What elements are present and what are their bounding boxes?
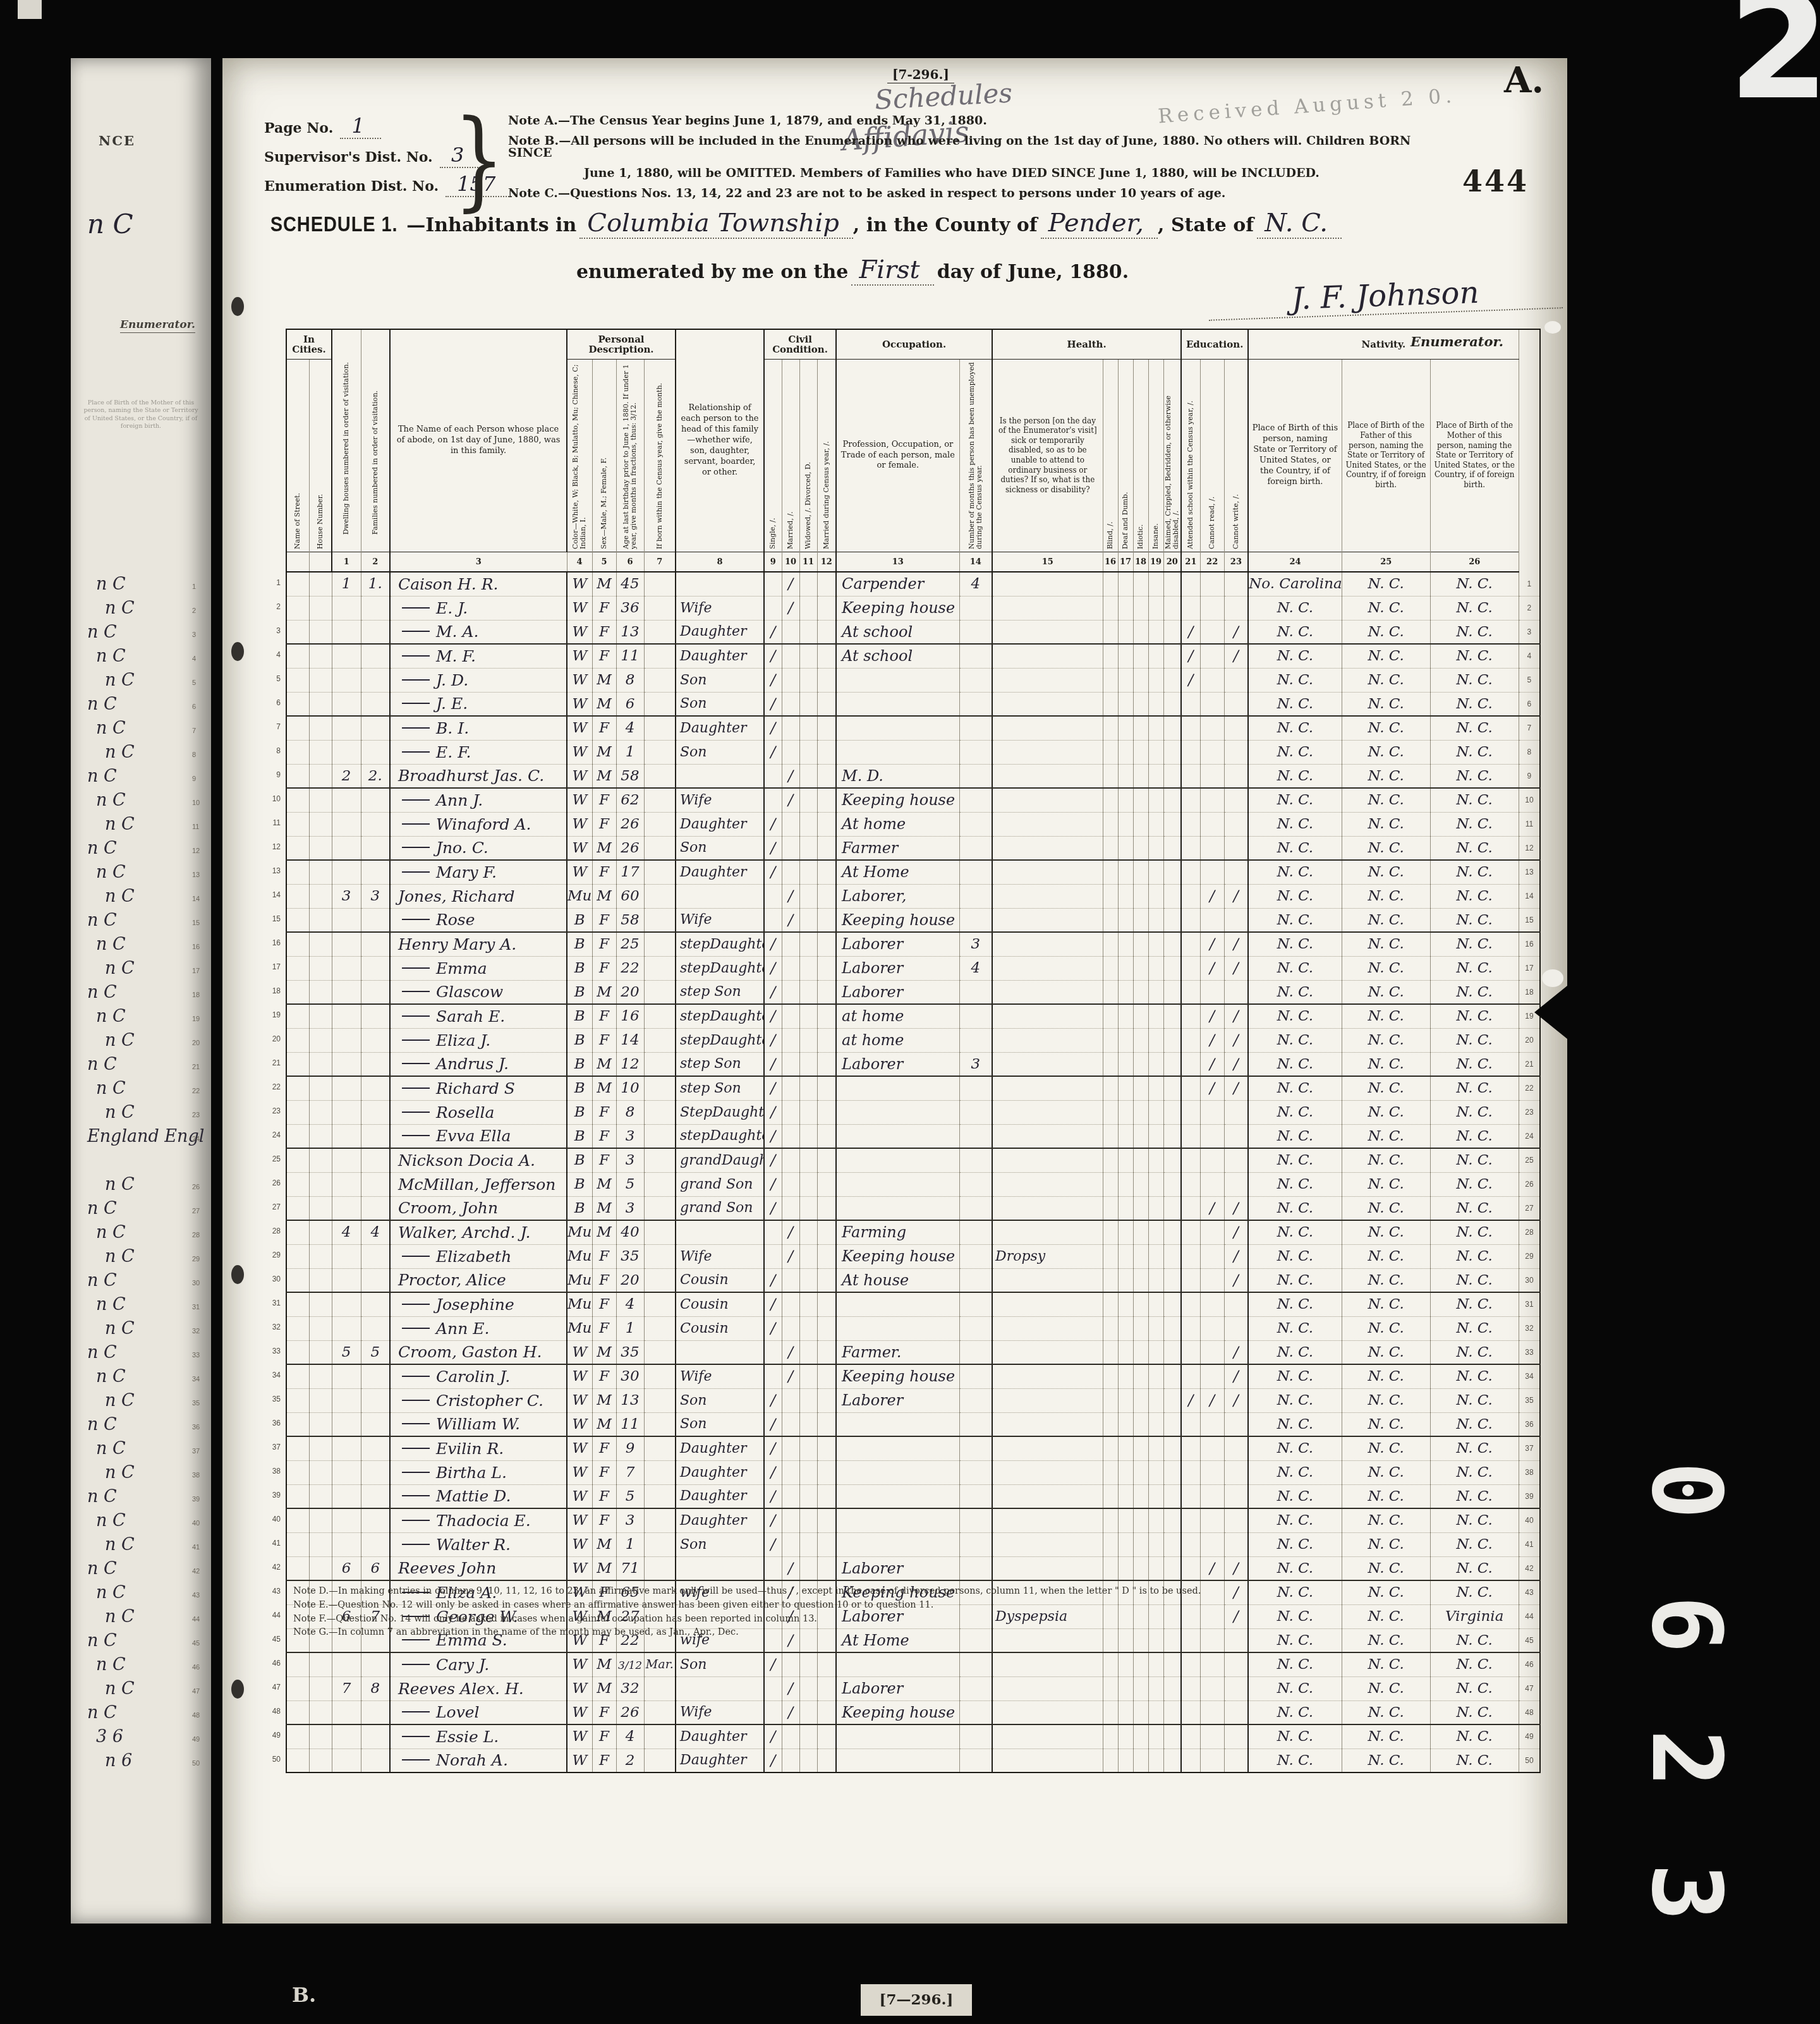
- cell-sickness: [992, 1676, 1103, 1700]
- cell-deaf: [1118, 668, 1133, 692]
- left-row-number: 35: [264, 1395, 281, 1403]
- cell-dwelling: [332, 1172, 361, 1196]
- cell-family: [361, 1124, 390, 1148]
- cell-married-in-year: [817, 1124, 836, 1148]
- cell-idiotic: [1133, 1460, 1148, 1484]
- cell-deaf: [1118, 1460, 1133, 1484]
- cell-birthplace: N. C.: [1248, 1412, 1342, 1436]
- cell-married-in-year: [817, 1388, 836, 1412]
- column-number: [286, 552, 309, 573]
- cell-married: [782, 1124, 799, 1148]
- cell-age: 12: [616, 1052, 644, 1076]
- cell-maimed: [1163, 1292, 1181, 1316]
- cell-birthplace: N. C.: [1248, 788, 1342, 812]
- cell-cannot-write: [1224, 836, 1248, 860]
- cell-cannot-write: ∕: [1224, 1364, 1248, 1388]
- prev-page-row-number: 36: [192, 1424, 200, 1431]
- cell-name: Rosella: [390, 1100, 567, 1124]
- cell-maimed: [1163, 740, 1181, 764]
- prev-page-entry: n C: [105, 1319, 135, 1338]
- cell-married: [782, 1412, 799, 1436]
- cell-occupation: Laborer: [836, 956, 959, 980]
- cell-cannot-read: [1200, 692, 1224, 716]
- cell-cannot-write: [1224, 860, 1248, 884]
- cell-widowed: [799, 1388, 817, 1412]
- cell-age: 9: [616, 1436, 644, 1460]
- cell-dwelling: [332, 1652, 361, 1676]
- table-row: Nickson Docia A.BF3grandDaughter∕N. C.N.…: [286, 1148, 1540, 1172]
- prev-page-entry: n C: [96, 718, 126, 738]
- cell-single: [764, 1220, 782, 1244]
- table-row: 33Jones, RichardMuM60∕Laborer,∕∕N. C.N. …: [286, 884, 1540, 908]
- cell-birth-month: Mar.: [644, 1652, 676, 1676]
- cell-cannot-write: [1224, 1100, 1248, 1124]
- cell-insane: [1148, 908, 1163, 932]
- cell-color: Mu: [567, 1244, 592, 1268]
- cell-blind: [1103, 860, 1118, 884]
- cell-maimed: [1163, 1268, 1181, 1292]
- cell-color: W: [567, 812, 592, 836]
- cell-months-unemployed: [959, 1556, 992, 1580]
- fastener-mark: [231, 642, 244, 661]
- cell-widowed: [799, 716, 817, 740]
- cell-married-in-year: [817, 1244, 836, 1268]
- cell-color: W: [567, 1700, 592, 1724]
- cell-blind: [1103, 1148, 1118, 1172]
- cell-occupation: Keeping house: [836, 596, 959, 620]
- cell-months-unemployed: [959, 1364, 992, 1388]
- cell-cannot-write: [1224, 572, 1248, 596]
- cell-married-in-year: [817, 1460, 836, 1484]
- cell-married-in-year: [817, 1316, 836, 1340]
- cell-name: Cary J.: [390, 1652, 567, 1676]
- cell-dwelling: [332, 932, 361, 956]
- cell-mother-birthplace: N. C.: [1430, 1556, 1519, 1580]
- footer-note: Note E.—Question No. 12 will only be ask…: [293, 1599, 1494, 1613]
- cell-deaf: [1118, 860, 1133, 884]
- column-number: [309, 552, 332, 573]
- cell-maimed: [1163, 1460, 1181, 1484]
- cell-cannot-read: ∕: [1200, 1076, 1224, 1100]
- title-prefix: —Inhabitants in: [406, 214, 576, 236]
- cell-months-unemployed: [959, 1388, 992, 1412]
- cell-row-number: 24: [1519, 1124, 1540, 1148]
- left-row-number: 44: [264, 1611, 281, 1620]
- cell-age: 60: [616, 884, 644, 908]
- cell-insane: [1148, 1292, 1163, 1316]
- cell-dwelling: 2: [332, 764, 361, 788]
- notes-block: Note A.—The Census Year begins June 1, 1…: [508, 115, 1456, 208]
- table-row: 44Walker, Archd. J.MuM40∕Farming∕N. C.N.…: [286, 1220, 1540, 1244]
- cell-maimed: [1163, 1748, 1181, 1773]
- cell-blind: [1103, 572, 1118, 596]
- cell-dwelling: [332, 1052, 361, 1076]
- prev-page-entry: n C: [96, 935, 126, 954]
- cell-occupation: [836, 1460, 959, 1484]
- cell-birthplace: N. C.: [1248, 1076, 1342, 1100]
- cell-cannot-write: [1224, 764, 1248, 788]
- cell-dwelling: [332, 860, 361, 884]
- cell-age: 22: [616, 956, 644, 980]
- cell-months-unemployed: [959, 1460, 992, 1484]
- cell-maimed: [1163, 1004, 1181, 1028]
- prev-page-row-number: 3: [192, 631, 196, 639]
- cell-family: [361, 1700, 390, 1724]
- prev-page-row-number: 45: [192, 1640, 200, 1647]
- cell-name: Nickson Docia A.: [390, 1148, 567, 1172]
- cell-idiotic: [1133, 764, 1148, 788]
- column-number: 22: [1200, 552, 1224, 573]
- cell-age: 5: [616, 1484, 644, 1508]
- cell-sickness: [992, 1124, 1103, 1148]
- cell-occupation: At school: [836, 644, 959, 668]
- column-number: 1: [332, 552, 361, 573]
- cell-dwelling: [332, 692, 361, 716]
- cell-birth-month: [644, 764, 676, 788]
- cell-birthplace: N. C.: [1248, 1652, 1342, 1676]
- cell-attended-school: [1181, 1172, 1200, 1196]
- group-in-cities: In Cities.: [286, 329, 332, 360]
- cell-row-number: 16: [1519, 932, 1540, 956]
- cell-birth-month: [644, 836, 676, 860]
- cell-row-number: 5: [1519, 668, 1540, 692]
- prev-page-entry: n C: [105, 1103, 135, 1122]
- cell-idiotic: [1133, 1052, 1148, 1076]
- cell-insane: [1148, 1196, 1163, 1220]
- cell-relationship: Daughter: [676, 1748, 764, 1773]
- footer-notes: Note D.—In making entries in columns 9, …: [293, 1585, 1494, 1640]
- cell-mother-birthplace: N. C.: [1430, 1460, 1519, 1484]
- cell-sickness: [992, 884, 1103, 908]
- film-side-code-digit: 0: [1630, 1427, 1742, 1554]
- cell-birthplace: N. C.: [1248, 1028, 1342, 1052]
- cell-cannot-read: [1200, 1676, 1224, 1700]
- cell-sickness: [992, 1148, 1103, 1172]
- cell-sex: F: [592, 1100, 616, 1124]
- column-header: Number of months this person has been un…: [959, 360, 992, 552]
- cell-age: 1: [616, 1316, 644, 1340]
- cell-married: [782, 1292, 799, 1316]
- cell-widowed: [799, 740, 817, 764]
- corner-letter: A.: [1504, 59, 1544, 101]
- cell-family: [361, 836, 390, 860]
- cell-age: 40: [616, 1220, 644, 1244]
- cell-blind: [1103, 1388, 1118, 1412]
- cell-months-unemployed: [959, 1724, 992, 1748]
- cell-maimed: [1163, 1724, 1181, 1748]
- cell-sickness: [992, 1004, 1103, 1028]
- left-row-number: 32: [264, 1323, 281, 1331]
- cell-widowed: [799, 1268, 817, 1292]
- group-occupation: Occupation.: [836, 329, 992, 360]
- cell-cannot-read: [1200, 1460, 1224, 1484]
- cell-married: ∕: [782, 596, 799, 620]
- cell-sex: M: [592, 1220, 616, 1244]
- column-number: 25: [1342, 552, 1430, 573]
- prev-page-entry: n C: [96, 1655, 126, 1675]
- left-row-number: 8: [264, 746, 281, 755]
- cell-name: McMillan, Jefferson: [390, 1172, 567, 1196]
- cell-cannot-read: [1200, 836, 1224, 860]
- cell-cannot-write: ∕: [1224, 644, 1248, 668]
- cell-deaf: [1118, 620, 1133, 644]
- cell-dwelling: [332, 596, 361, 620]
- cell-color: W: [567, 1436, 592, 1460]
- cell-family: [361, 1100, 390, 1124]
- cell-maimed: [1163, 668, 1181, 692]
- cell-family: [361, 860, 390, 884]
- cell-age: 3: [616, 1148, 644, 1172]
- cell-sickness: [992, 836, 1103, 860]
- cell-cannot-write: [1224, 1700, 1248, 1724]
- cell-insane: [1148, 740, 1163, 764]
- cell-row-number: 4: [1519, 644, 1540, 668]
- cell-mother-birthplace: N. C.: [1430, 1724, 1519, 1748]
- cell-insane: [1148, 1124, 1163, 1148]
- table-row: 22.Broadhurst Jas. C.WM58∕M. D.N. C.N. C…: [286, 764, 1540, 788]
- cell-married: [782, 1196, 799, 1220]
- cell-married: [782, 692, 799, 716]
- cell-birthplace: N. C.: [1248, 1676, 1342, 1700]
- prev-page-text-fragment: NCE: [99, 133, 135, 148]
- cell-birth-month: [644, 1004, 676, 1028]
- cell-attended-school: [1181, 596, 1200, 620]
- cell-months-unemployed: [959, 1268, 992, 1292]
- cell-birthplace: N. C.: [1248, 1556, 1342, 1580]
- cell-relationship: Daughter: [676, 1508, 764, 1532]
- cell-single: ∕: [764, 1748, 782, 1773]
- cell-attended-school: [1181, 1724, 1200, 1748]
- prev-page-entry: n C: [105, 1607, 135, 1627]
- cell-father-birthplace: N. C.: [1342, 1220, 1430, 1244]
- film-edge-sliver: [18, 0, 42, 19]
- cell-occupation: Keeping house: [836, 1244, 959, 1268]
- cell-idiotic: [1133, 836, 1148, 860]
- prev-page-handwriting: n C: [87, 209, 133, 239]
- prev-page-entry: n C: [105, 1031, 135, 1050]
- cell-widowed: [799, 764, 817, 788]
- cell-relationship: Son: [676, 836, 764, 860]
- prev-page-entry: n 6: [105, 1751, 132, 1771]
- cell-blind: [1103, 1460, 1118, 1484]
- cell-mother-birthplace: N. C.: [1430, 1676, 1519, 1700]
- table-row: Eliza J.BF14stepDaughter∕at home∕∕N. C.N…: [286, 1028, 1540, 1052]
- cell-sickness: [992, 1652, 1103, 1676]
- cell-dwelling: [332, 1508, 361, 1532]
- left-row-number: 5: [264, 674, 281, 683]
- prev-page-row-number: 8: [192, 751, 196, 759]
- cell-married-in-year: [817, 1148, 836, 1172]
- prev-page-row-number: 16: [192, 943, 200, 951]
- cell-insane: [1148, 1100, 1163, 1124]
- cell-family: 5: [361, 1340, 390, 1364]
- cell-sickness: [992, 1748, 1103, 1773]
- column-number: 10: [782, 552, 799, 573]
- table-row: Sarah E.BF16stepDaughter∕at home∕∕N. C.N…: [286, 1004, 1540, 1028]
- fastener-mark: [231, 1265, 244, 1284]
- cell-married-in-year: [817, 1532, 836, 1556]
- cell-insane: [1148, 1724, 1163, 1748]
- cell-sex: F: [592, 620, 616, 644]
- prev-page-row-number: 31: [192, 1304, 200, 1311]
- cell-months-unemployed: [959, 884, 992, 908]
- cell-maimed: [1163, 1556, 1181, 1580]
- cell-married: ∕: [782, 884, 799, 908]
- column-number: 6: [616, 552, 644, 573]
- cell-insane: [1148, 1508, 1163, 1532]
- group-personal: Personal Description.: [567, 329, 676, 360]
- cell-dwelling: [332, 1412, 361, 1436]
- prev-page-entry: n C: [87, 767, 117, 786]
- cell-name: Elizabeth: [390, 1244, 567, 1268]
- cell-attended-school: [1181, 956, 1200, 980]
- cell-widowed: [799, 1052, 817, 1076]
- cell-name: Rose: [390, 908, 567, 932]
- cell-family: [361, 1724, 390, 1748]
- cell-single: ∕: [764, 836, 782, 860]
- cell-blind: [1103, 668, 1118, 692]
- cell-months-unemployed: [959, 764, 992, 788]
- cell-cannot-read: [1200, 980, 1224, 1004]
- cell-sex: F: [592, 716, 616, 740]
- cell-name: Mary F.: [390, 860, 567, 884]
- cell-cannot-write: [1224, 1484, 1248, 1508]
- cell-birthplace: N. C.: [1248, 644, 1342, 668]
- cell-row-number: 34: [1519, 1364, 1540, 1388]
- cell-maimed: [1163, 1652, 1181, 1676]
- cell-father-birthplace: N. C.: [1342, 1268, 1430, 1292]
- cell-family: 1.: [361, 572, 390, 596]
- cell-father-birthplace: N. C.: [1342, 1244, 1430, 1268]
- cell-idiotic: [1133, 1388, 1148, 1412]
- cell-cannot-write: [1224, 1460, 1248, 1484]
- cell-cannot-write: ∕: [1224, 1244, 1248, 1268]
- cell-maimed: [1163, 1172, 1181, 1196]
- cell-cannot-read: [1200, 620, 1224, 644]
- cell-sex: M: [592, 1532, 616, 1556]
- cell-family: [361, 596, 390, 620]
- column-number: 5: [592, 552, 616, 573]
- cell-row-number: 26: [1519, 1172, 1540, 1196]
- cell-sickness: [992, 1292, 1103, 1316]
- cell-single: [764, 1340, 782, 1364]
- cell-married: ∕: [782, 1220, 799, 1244]
- film-side-code-digit: 2: [1630, 1695, 1742, 1822]
- cell-color: W: [567, 1556, 592, 1580]
- cell-birth-month: [644, 1028, 676, 1052]
- cell-occupation: [836, 1124, 959, 1148]
- prev-page-row-number: 10: [192, 799, 200, 807]
- cell-married: [782, 980, 799, 1004]
- cell-blind: [1103, 1052, 1118, 1076]
- cell-age: 62: [616, 788, 644, 812]
- cell-widowed: [799, 956, 817, 980]
- cell-name: Josephine: [390, 1292, 567, 1316]
- prev-page-entry: n C: [96, 1439, 126, 1458]
- cell-idiotic: [1133, 1676, 1148, 1700]
- cell-birthplace: N. C.: [1248, 716, 1342, 740]
- cell-maimed: [1163, 1412, 1181, 1436]
- cell-occupation: [836, 1748, 959, 1773]
- cell-deaf: [1118, 1004, 1133, 1028]
- cell-married-in-year: [817, 908, 836, 932]
- cell-sex: M: [592, 884, 616, 908]
- column-header: Deaf and Dumb.: [1118, 360, 1133, 552]
- cell-deaf: [1118, 956, 1133, 980]
- cell-age: 17: [616, 860, 644, 884]
- cell-occupation: at home: [836, 1028, 959, 1052]
- cell-relationship: Wife: [676, 1364, 764, 1388]
- cell-birthplace: N. C.: [1248, 668, 1342, 692]
- cell-age: 35: [616, 1244, 644, 1268]
- cell-birth-month: [644, 1388, 676, 1412]
- column-number: 17: [1118, 552, 1133, 573]
- cell-birth-month: [644, 884, 676, 908]
- cell-color: W: [567, 1460, 592, 1484]
- cell-insane: [1148, 980, 1163, 1004]
- cell-months-unemployed: [959, 644, 992, 668]
- table-row: LovelWF26Wife∕Keeping houseN. C.N. C.N. …: [286, 1700, 1540, 1724]
- cell-color: B: [567, 932, 592, 956]
- cell-deaf: [1118, 596, 1133, 620]
- cell-idiotic: [1133, 1364, 1148, 1388]
- left-row-number: 20: [264, 1034, 281, 1043]
- cell-age: 5: [616, 1172, 644, 1196]
- cell-sickness: [992, 1484, 1103, 1508]
- cell-sickness: [992, 1220, 1103, 1244]
- cell-name: Mattie D.: [390, 1484, 567, 1508]
- cell-married: [782, 620, 799, 644]
- cell-widowed: [799, 908, 817, 932]
- cell-blind: [1103, 1340, 1118, 1364]
- cell-single: ∕: [764, 1100, 782, 1124]
- cell-blind: [1103, 620, 1118, 644]
- cell-months-unemployed: [959, 1700, 992, 1724]
- column-number-row: 1234567891011121314151617181920212223242…: [286, 552, 1540, 573]
- cell-blind: [1103, 1028, 1118, 1052]
- table-row: Birtha L.WF7Daughter∕N. C.N. C.N. C.38: [286, 1460, 1540, 1484]
- cell-deaf: [1118, 1028, 1133, 1052]
- cell-months-unemployed: [959, 1004, 992, 1028]
- cell-dwelling: [332, 1244, 361, 1268]
- cell-mother-birthplace: N. C.: [1430, 740, 1519, 764]
- cell-deaf: [1118, 1724, 1133, 1748]
- cell-occupation: At home: [836, 812, 959, 836]
- cell-mother-birthplace: N. C.: [1430, 1004, 1519, 1028]
- cell-single: ∕: [764, 1052, 782, 1076]
- left-row-number: 22: [264, 1082, 281, 1091]
- cell-birth-month: [644, 932, 676, 956]
- cell-birth-month: [644, 908, 676, 932]
- cell-deaf: [1118, 1676, 1133, 1700]
- prev-page-entry: n C: [87, 1631, 117, 1651]
- cell-color: W: [567, 788, 592, 812]
- cell-color: W: [567, 1388, 592, 1412]
- cell-occupation: Laborer: [836, 980, 959, 1004]
- cell-color: B: [567, 1052, 592, 1076]
- cell-widowed: [799, 1316, 817, 1340]
- cell-sex: F: [592, 812, 616, 836]
- cell-single: [764, 764, 782, 788]
- cell-widowed: [799, 980, 817, 1004]
- cell-married-in-year: [817, 1748, 836, 1773]
- cell-cannot-write: [1224, 740, 1248, 764]
- cell-cannot-read: [1200, 1100, 1224, 1124]
- cell-widowed: [799, 932, 817, 956]
- cell-married-in-year: [817, 980, 836, 1004]
- cell-birth-month: [644, 860, 676, 884]
- cell-insane: [1148, 1532, 1163, 1556]
